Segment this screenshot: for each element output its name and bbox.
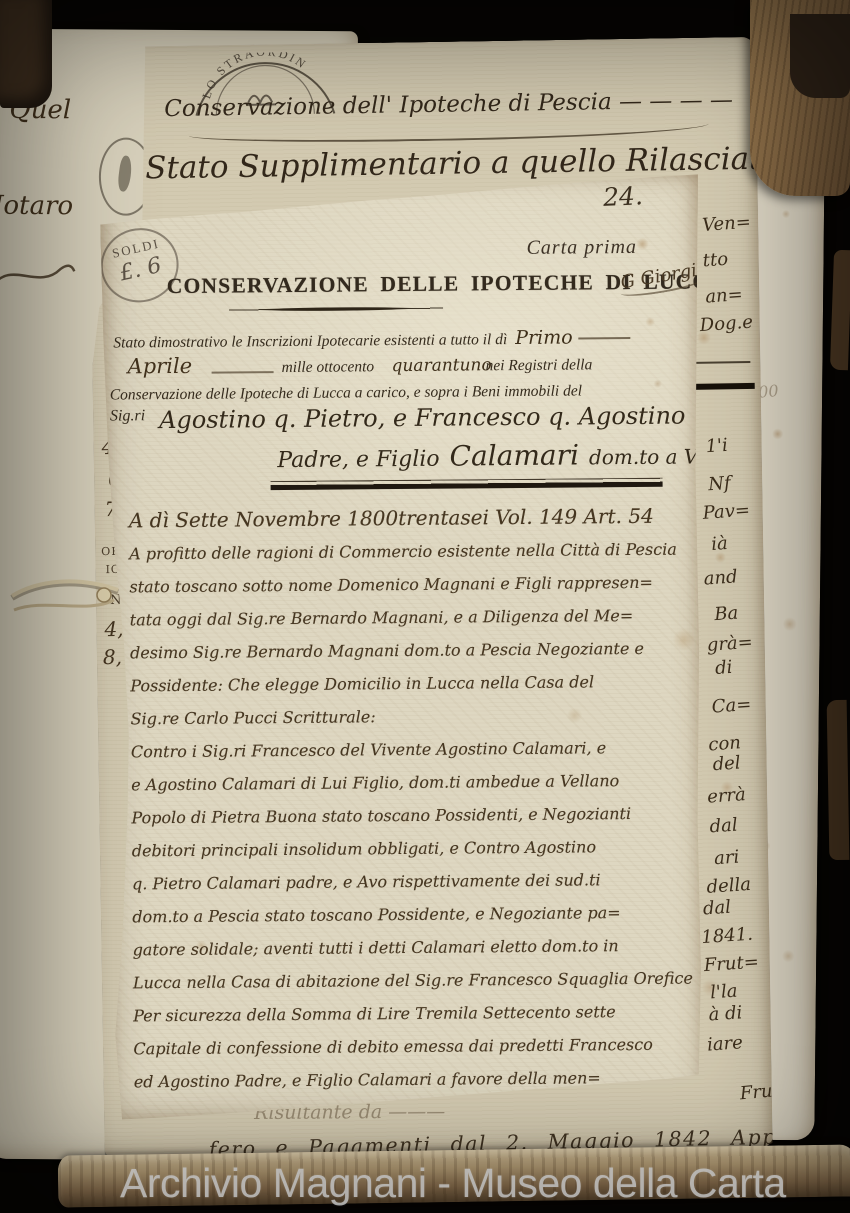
margin-fragment: Ca=	[711, 694, 752, 718]
margin-fragment: Dog.e	[699, 312, 753, 337]
margin-fragment: à di	[708, 1002, 743, 1025]
margin-fragment: and	[703, 566, 738, 589]
margin-fragment: 8,	[103, 645, 122, 669]
carta-prima-label: Carta prima	[526, 236, 637, 260]
debtor-names-line-1: Sig.riAgostino q. Pietro, e Francesco q.…	[110, 402, 686, 435]
margin-fragment: 1'i	[705, 435, 729, 457]
double-rule	[271, 478, 663, 490]
conservazione-printed-line: Conservazione delle Ipoteche di Lucca a …	[110, 382, 582, 404]
dark-fragment-top-right	[790, 14, 850, 98]
body-line: e Agostino Calamari di Lui Figlio, dom.t…	[131, 763, 706, 801]
names-part-1: Padre, e Figlio	[277, 447, 439, 473]
main-document-sheet: 24. Carta prima SOLDI £. 6 CONSERVAZIONE…	[100, 169, 706, 1122]
thick-rule-fragment	[693, 383, 755, 390]
margin-fragment: Pav=	[702, 500, 751, 524]
margin-fragment: Ba	[714, 603, 739, 626]
watermark-caption: Archivio Magnani - Museo della Carta	[120, 1160, 786, 1207]
margin-fragment: del	[712, 752, 741, 775]
margin-fragment: an=	[705, 284, 744, 307]
body-line: q. Pietro Calamari padre, e Avo rispetti…	[132, 862, 707, 900]
ink-flourish	[189, 122, 709, 145]
book-edge-fragment	[830, 250, 850, 371]
manuscript-body: A dì Sette Novembre 1800trentasei Vol. 1…	[129, 499, 709, 1098]
body-line: A dì Sette Novembre 1800trentasei Vol. 1…	[129, 499, 704, 537]
body-line: Sig.re Carlo Pucci Scritturale:	[130, 697, 705, 735]
margin-fragment: Frut=	[703, 951, 759, 976]
left-page-flourish	[0, 257, 76, 302]
intro-line: Stato dimostrativo le Inscrizioni Ipotec…	[113, 326, 631, 353]
names-part-2: Calamari	[449, 438, 579, 472]
left-page-word-notaro: Notaro	[0, 191, 73, 222]
body-line: Popolo di Pietra Buona stato toscano Pos…	[131, 796, 706, 834]
body-line: A profitto delle ragioni di Commercio es…	[129, 532, 704, 570]
ink-dash	[579, 337, 631, 339]
swelled-rule	[229, 306, 443, 313]
margin-fragment: ari	[713, 847, 739, 870]
body-line: Possidente: Che elegge Domicilio in Lucc…	[130, 664, 705, 702]
date-printed-mille: mille ottocento	[281, 358, 374, 377]
margin-fragment: di	[714, 657, 733, 679]
margin-fragment: dal	[702, 897, 731, 920]
margin-fragment: ià	[711, 533, 729, 555]
page-number: 24.	[602, 181, 643, 212]
month-handwritten: Aprile	[127, 354, 192, 379]
book-edge-fragment	[827, 700, 850, 860]
dark-cover-corner	[0, 0, 52, 108]
rule-fragment	[694, 361, 750, 364]
margin-fragment: tto	[702, 249, 729, 272]
body-line: Capitale di confessione di debito emessa…	[133, 1027, 708, 1065]
names-handwritten: Agostino q. Pietro, e Francesco q. Agost…	[159, 402, 686, 435]
intro-handwritten-primo: Primo	[515, 327, 573, 350]
archival-photo-scene: Quel Notaro 00 LO STRAORDIN Conservazion…	[0, 0, 850, 1213]
margin-fragment: errà	[706, 784, 746, 808]
date-printed-registri: nei Registri della	[485, 356, 592, 375]
margin-fragment: Ven=	[702, 212, 752, 236]
margin-fragment: grà=	[706, 632, 753, 656]
body-line: tata oggi dal Sig.re Bernardo Magnani, e…	[130, 598, 705, 636]
year-handwritten: quarantuno	[391, 355, 491, 376]
intro-printed-text: Stato dimostrativo le Inscrizioni Ipotec…	[113, 331, 507, 351]
margin-fragment: dal	[709, 814, 738, 837]
body-line: Per sicurezza della Somma di Lire Tremil…	[133, 994, 708, 1032]
stamp-figure-icon	[117, 155, 134, 192]
ink-dash	[212, 371, 274, 374]
body-line: gatore solidale; aventi tutti i detti Ca…	[132, 928, 707, 966]
body-line: dom.to a Pescia stato toscano Possidente…	[132, 895, 707, 933]
margin-fragment: iare	[706, 1032, 743, 1055]
margin-fragment: l'la	[710, 981, 739, 1004]
margin-fragment: Nf	[708, 473, 732, 495]
body-line: stato toscano sotto nome Domenico Magnan…	[129, 565, 704, 603]
sig-prefix: Sig.ri	[110, 407, 145, 424]
debtor-names-line-2: Padre, e FiglioCalamaridom.to a Vellano	[277, 437, 758, 474]
body-line: debitori principali insolidum obbligati,…	[132, 829, 707, 867]
body-line: desimo Sig.re Bernardo Magnani dom.to a …	[130, 631, 705, 669]
body-line: Contro i Sig.ri Francesco del Vivente Ag…	[131, 730, 706, 768]
body-line: Lucca nella Casa di abitazione del Sig.r…	[133, 961, 708, 999]
margin-fragment: 1841.	[701, 924, 754, 948]
margin-fragment: della	[706, 874, 752, 898]
date-line: Aprile mille ottocento quarantuno nei Re…	[113, 354, 673, 385]
binding-string	[8, 568, 126, 638]
